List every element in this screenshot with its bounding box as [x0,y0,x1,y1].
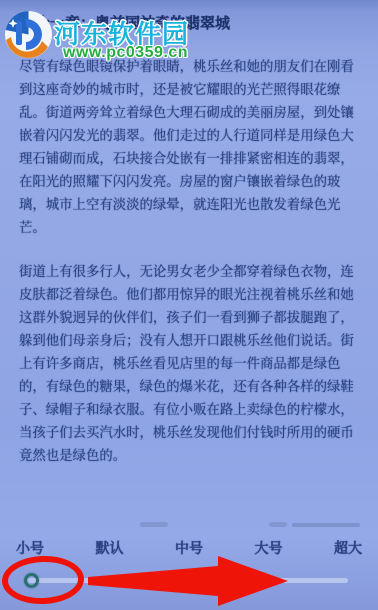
paragraph: 街道上有很多行人，无论男女老少全都穿着绿色衣物，连 皮肤都泛着绿色。他们都用惊异… [19,260,360,467]
font-size-option-small[interactable]: 小号 [16,538,44,558]
faded-ui-smudge [269,522,287,527]
reader-content: 第十一章：奥兹国神奇的翡翠城 尽管有绿色眼镜保护着眼睛，桃乐丝和她的朋友们在刚看… [0,0,378,488]
annotation-highlight-ellipse [1,555,85,606]
watermark-site-url: www.pc0359.cn [63,44,188,62]
font-size-option-xlarge[interactable]: 超大 [334,538,362,558]
faded-ui-smudge [292,523,360,527]
reader-page: 第十一章：奥兹国神奇的翡翠城 尽管有绿色眼镜保护着眼睛，桃乐丝和她的朋友们在刚看… [0,0,378,610]
watermark-logo-icon [3,10,54,59]
faded-ui-smudge [140,522,168,527]
annotation-arrow-right-icon [84,550,294,610]
paragraph: 尽管有绿色眼镜保护着眼睛，桃乐丝和她的朋友们在刚看 到这座奇妙的城市时，还是被它… [19,55,360,239]
